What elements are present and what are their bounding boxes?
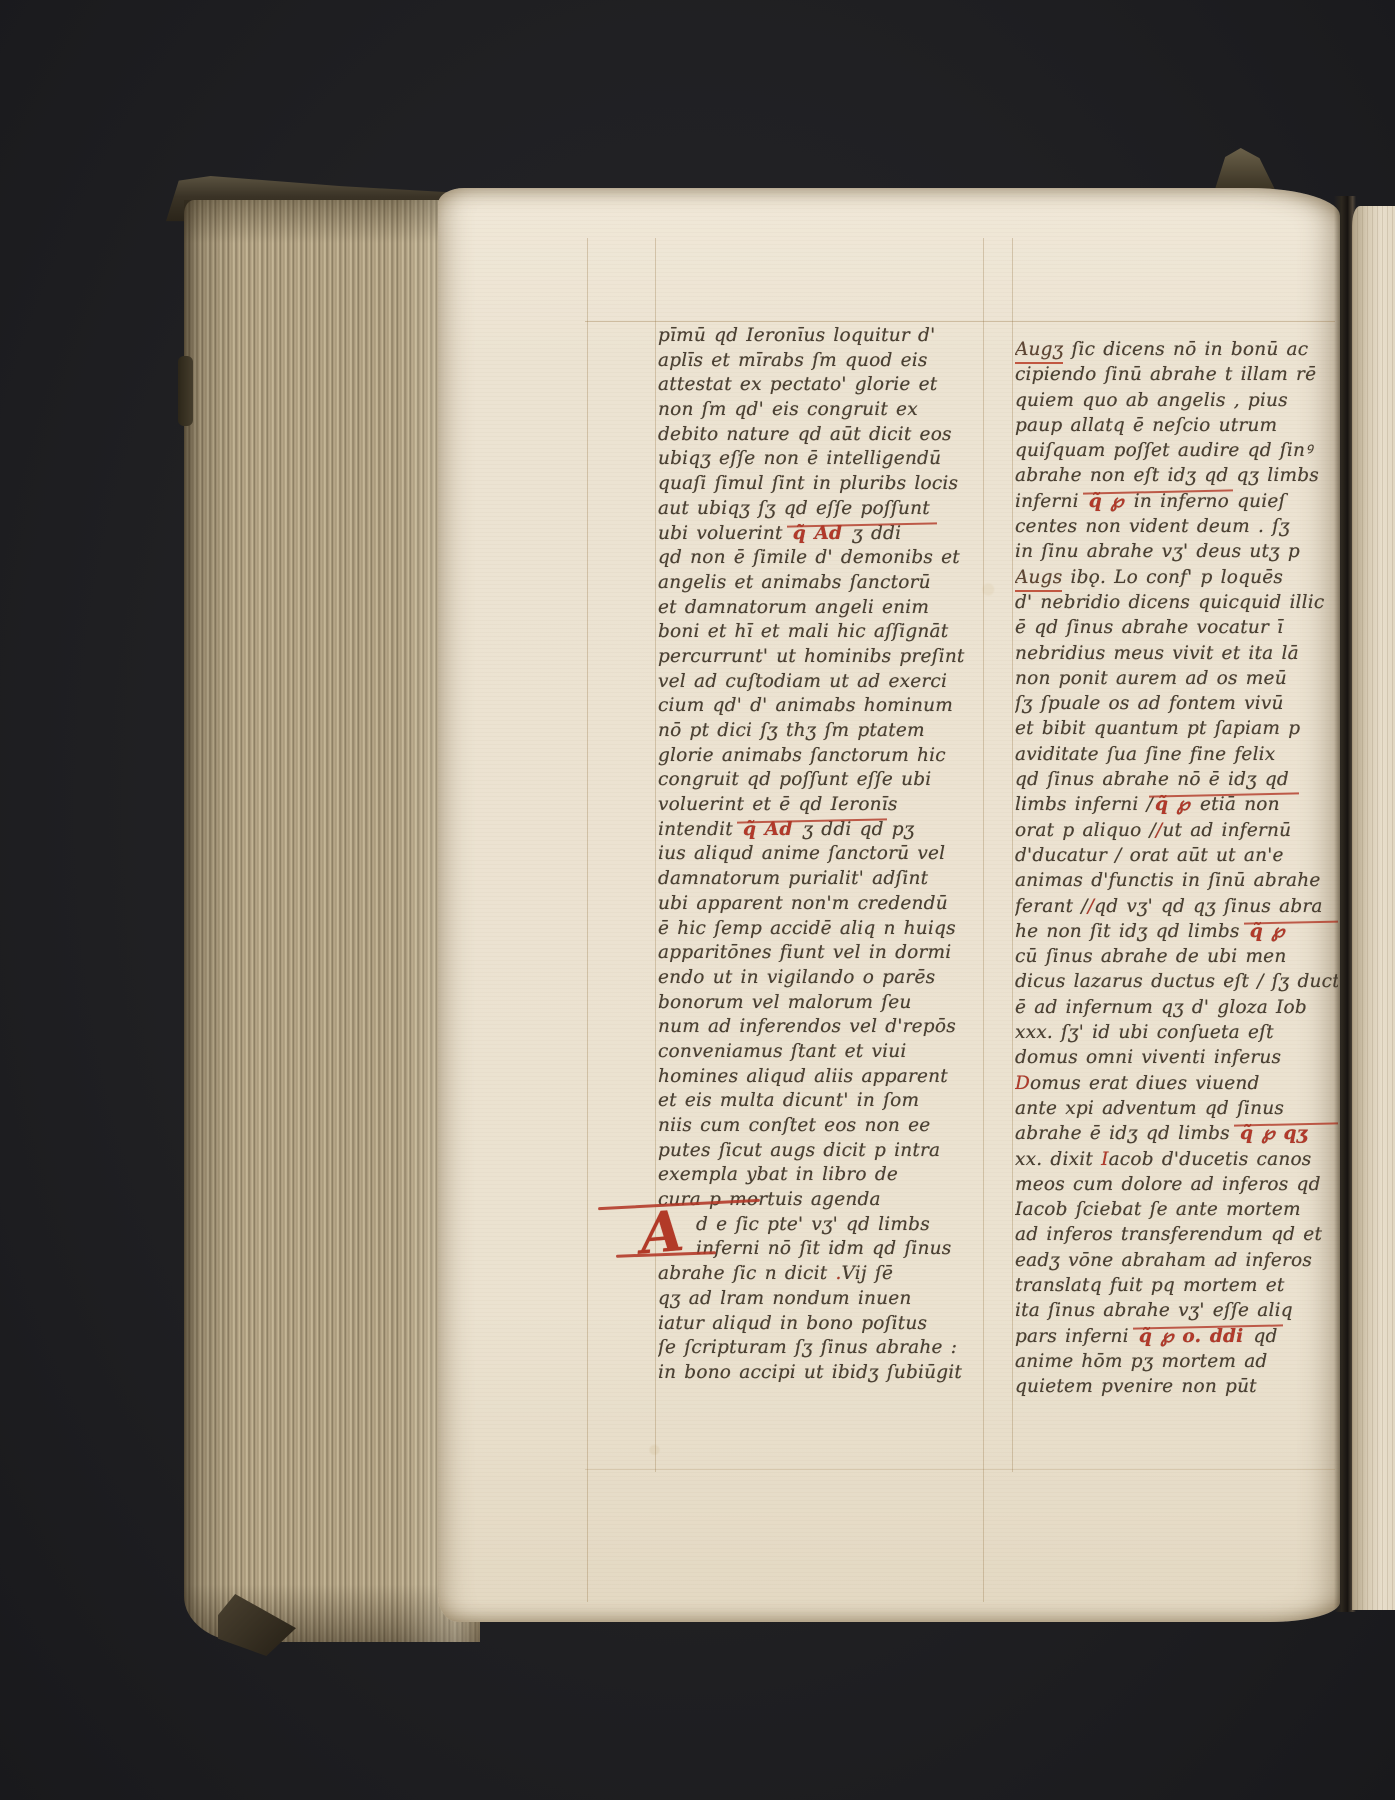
text-line: cura p mortuis agenda <box>658 1188 980 1213</box>
manuscript-text: quietem pvenire non pūt <box>1015 1376 1257 1397</box>
manuscript-text: debito nature qd aūt dicit eos <box>658 424 952 445</box>
text-line: abrahe non eſt idʒ qd qʒ limbs <box>1015 463 1338 488</box>
text-line: centes non vident deum . ſʒ <box>1015 514 1338 539</box>
text-line: ſe ſcripturam ſʒ ſinus abrahe : <box>658 1336 980 1361</box>
text-line: qd ſinus abrahe nō ē idʒ qd <box>1015 767 1338 792</box>
text-line: xx. dixit Iacob d'ducetis canos <box>1015 1147 1338 1172</box>
text-line: ubi voluerint q̃ Ad ʒ ddi <box>658 522 980 547</box>
text-line: percurrunt' ut hominibs preſint <box>658 645 980 670</box>
manuscript-text: ſʒ ſpuale os ad fontem vivū <box>1015 693 1284 714</box>
manuscript-text: cū ſinus abrahe de ubi men <box>1015 946 1286 967</box>
text-line: ē ad infernum qʒ d' gloza Iob <box>1015 995 1338 1020</box>
text-line: boni et hī et mali hic aſſignāt <box>658 620 980 645</box>
manuscript-text: boni et hī et mali hic aſſignāt <box>658 621 948 642</box>
left-text-column: pīmū qd Ieronīus loquitur d'aplīs et mīr… <box>658 324 980 1392</box>
manuscript-text: et eis multa dicunt' in ſom <box>658 1090 919 1111</box>
manuscript-text: apparitōnes fiunt vel in dormi <box>658 942 951 963</box>
manuscript-text: ē ad infernum qʒ d' gloza Iob <box>1015 997 1307 1018</box>
text-line: aut ubiqʒ ſʒ qd eſſe poſſunt <box>658 497 980 522</box>
text-line: cium qd' d' animabs hominum <box>658 694 980 719</box>
text-line: glorie animabs ſanctorum hic <box>658 744 980 769</box>
text-line: qʒ ad lram nondum inuen <box>658 1287 980 1312</box>
manuscript-text: non ponit aurem ad os meū <box>1015 668 1287 689</box>
text-line: homines aliqud aliis apparent <box>658 1065 980 1090</box>
text-line: Iacob ſciebat ſe ante mortem <box>1015 1197 1338 1222</box>
rubricated-letter: D <box>1015 1073 1030 1094</box>
manuscript-text: qd vʒ' qd qʒ ſinus abra <box>1094 896 1322 917</box>
manuscript-text: niis cum conſtet eos non ee <box>658 1115 930 1136</box>
text-line: Augs ibǫ. Lo conf' p loquēs <box>1015 565 1338 590</box>
text-line: he non ſit idʒ qd limbs q̃ ℘ <box>1015 919 1338 944</box>
text-line: niis cum conſtet eos non ee <box>658 1114 980 1139</box>
rubric-paraph-mark: q̃ ℘ qʒ <box>1238 1121 1309 1146</box>
rubric-paraph-mark: q̃ ℘ <box>1087 489 1126 514</box>
text-line: ē qd ſinus abrahe vocatur ī <box>1015 615 1338 640</box>
text-line: nō pt dici ſʒ thʒ ſm ptatem <box>658 719 980 744</box>
manuscript-text: quaſi ſimul ſint in pluribs locis <box>658 473 958 494</box>
manuscript-text: meos cum dolore ad inferos qd <box>1015 1174 1321 1195</box>
manuscript-text: ſe ſcripturam ſʒ ſinus abrahe : <box>658 1337 957 1358</box>
initial-capital-A: A <box>637 1197 702 1264</box>
manuscript-text: he non ſit idʒ qd limbs <box>1015 921 1248 942</box>
text-line: animas d'functis in ſinū abrahe <box>1015 868 1338 893</box>
manuscript-text: ita ſinus abrahe vʒ' eſſe aliq <box>1015 1300 1293 1321</box>
manuscript-text: qʒ ad lram nondum inuen <box>658 1288 912 1309</box>
text-line: debito nature qd aūt dicit eos <box>658 423 980 448</box>
text-line: ad inferos transferendum qd et <box>1015 1222 1338 1247</box>
manuscript-text: abrahe ē idʒ qd limbs <box>1015 1123 1238 1144</box>
text-line: non ponit aurem ad os meū <box>1015 666 1338 691</box>
manuscript-text: exempla ybat in libro de <box>658 1164 898 1185</box>
text-line: aviditate ſua ſine fine felix <box>1015 742 1338 767</box>
ruling-line-vertical-outer <box>587 238 588 1602</box>
fore-edge-page-stack <box>184 200 480 1642</box>
text-line: et eis multa dicunt' in ſom <box>658 1089 980 1114</box>
text-line: conveniamus ſtant et viui <box>658 1040 980 1065</box>
text-line: quiem quo ab angelis , pius <box>1015 388 1338 413</box>
ruling-line-vertical-intercolumn <box>983 238 984 1602</box>
text-line: ſʒ ſpuale os ad fontem vivū <box>1015 691 1338 716</box>
photo-background: pīmū qd Ieronīus loquitur d'aplīs et mīr… <box>0 0 1395 1800</box>
text-line: ubi apparent non'm credendū <box>658 892 980 917</box>
text-line: et damnatorum angeli enim <box>658 596 980 621</box>
manuscript-text: animas d'functis in ſinū abrahe <box>1015 870 1321 891</box>
text-line: d' nebridio dicens quicquid illic <box>1015 590 1338 615</box>
manuscript-text: in ſinu abrahe vʒ' deus utʒ p <box>1015 541 1300 562</box>
rubric-paraph-mark: q̃ ℘ o. ddi <box>1137 1324 1246 1349</box>
manuscript-text: angelis et animabs ſanctorū <box>658 572 931 593</box>
manuscript-text: attestat ex pectato' glorie et <box>658 374 937 395</box>
manuscript-text: damnatorum purialit' adſint <box>658 868 928 889</box>
ruling-line-vertical-right-column <box>1012 238 1013 1472</box>
manuscript-text: Iacob ſciebat ſe ante mortem <box>1015 1199 1301 1220</box>
manuscript-text: d' nebridio dicens quicquid illic <box>1015 592 1324 613</box>
manuscript-text: iatur aliqud in bono poſitus <box>658 1313 927 1334</box>
manuscript-text: dicus lazarus ductus eſt / ſʒ ducts <box>1015 971 1338 992</box>
text-line: orat p aliquo //ut ad infernū <box>1015 818 1338 843</box>
text-line: anime hōm pʒ mortem ad <box>1015 1349 1338 1374</box>
manuscript-text: pars inferni <box>1015 1326 1137 1347</box>
text-line: inferni nō ſit idm qd ſinus <box>658 1237 980 1262</box>
manuscript-text: aviditate ſua ſine fine felix <box>1015 744 1275 765</box>
text-line: iatur aliqud in bono poſitus <box>658 1312 980 1337</box>
manuscript-text: qd ſinus abrahe nō ē idʒ qd <box>1015 769 1289 790</box>
text-line: voluerint et ē qd Ieronīs <box>658 793 980 818</box>
text-line: putes ſicut augs dicit p intra <box>658 1139 980 1164</box>
manuscript-text: intendit <box>658 819 741 840</box>
manuscript-text: ē hic ſemp accidē aliq n huiqs <box>658 918 956 939</box>
text-line: Domus erat diues viuend <box>1015 1071 1338 1096</box>
text-line: endo ut in vigilando o parēs <box>658 966 980 991</box>
manuscript-text: nō pt dici ſʒ thʒ ſm ptatem <box>658 720 925 741</box>
text-line: attestat ex pectato' glorie et <box>658 373 980 398</box>
rubric-paraph-mark: q̃ ℘ <box>1248 919 1287 944</box>
manuscript-text: omus erat diues viuend <box>1030 1073 1260 1094</box>
manuscript-text: bonorum vel malorum ſeu <box>658 992 912 1013</box>
manuscript-text: glorie animabs ſanctorum hic <box>658 745 946 766</box>
text-line: nebridius meus vivit et ita lā <box>1015 641 1338 666</box>
manuscript-text: ſic dicens nō in bonū ac <box>1063 339 1308 360</box>
red-underlined-word: Augʒ <box>1015 337 1063 364</box>
manuscript-text: in bono accipi ut ibidʒ ſubiūgit <box>658 1362 962 1383</box>
text-line: d'ducatur / orat aūt ut an'e <box>1015 843 1338 868</box>
text-line: quiſquam poſſet audire qd ſinꝰ <box>1015 438 1338 463</box>
text-line: pars inferni q̃ ℘ o. ddi qd <box>1015 1324 1338 1349</box>
text-line: ita ſinus abrahe vʒ' eſſe aliq <box>1015 1298 1338 1323</box>
manuscript-text: d'ducatur / orat aūt ut an'e <box>1015 845 1284 866</box>
manuscript-text: congruit qd poſſunt eſſe ubi <box>658 769 931 790</box>
rubric-paraph-mark: q̃ ℘ <box>1153 792 1192 817</box>
right-text-column: Augʒ ſic dicens nō in bonū accipiendo ſi… <box>1015 337 1338 1403</box>
text-line: inferni q̃ ℘ in inferno quieſ <box>1015 489 1338 514</box>
ruling-line-vertical-left-column <box>655 238 656 1472</box>
text-line: intendit q̃ Ad ʒ ddi qd pʒ <box>658 818 980 843</box>
manuscript-text: paup allatq ē neſcio utrum <box>1015 415 1277 436</box>
text-line: eadʒ vōne abraham ad inferos <box>1015 1248 1338 1273</box>
text-line: angelis et animabs ſanctorū <box>658 571 980 596</box>
manuscript-text: ante xpi adventum qd ſinus <box>1015 1098 1284 1119</box>
text-line: quietem pvenire non pūt <box>1015 1374 1338 1399</box>
text-line: paup allatq ē neſcio utrum <box>1015 413 1338 438</box>
manuscript-text: translatq fuit pq mortem et <box>1015 1275 1285 1296</box>
manuscript-text: num ad inferendos vel d'repōs <box>658 1016 956 1037</box>
manuscript-text: voluerint et ē qd Ieronīs <box>658 794 898 815</box>
manuscript-text: ē qd ſinus abrahe vocatur ī <box>1015 617 1283 638</box>
manuscript-text: putes ſicut augs dicit p intra <box>658 1140 940 1161</box>
manuscript-text: cipiendo ſinū abrahe t illam rē <box>1015 364 1316 385</box>
text-line: apparitōnes fiunt vel in dormi <box>658 941 980 966</box>
manuscript-text: cium qd' d' animabs hominum <box>658 695 953 716</box>
facing-page-edge <box>1352 206 1395 1610</box>
manuscript-text: qd non ē ſimile d' demonibs et <box>658 547 960 568</box>
text-line: domus omni viventi inferus <box>1015 1045 1338 1070</box>
ruling-line-horizontal-top <box>585 321 1335 322</box>
manuscript-text: abrahe ſic n dicit <box>658 1263 835 1284</box>
text-line: Augʒ ſic dicens nō in bonū ac <box>1015 337 1338 362</box>
text-line: num ad inferendos vel d'repōs <box>658 1015 980 1040</box>
text-line: quaſi ſimul ſint in pluribs locis <box>658 472 980 497</box>
text-line: limbs inferni /q̃ ℘ etiā non <box>1015 792 1338 817</box>
manuscript-text: endo ut in vigilando o parēs <box>658 967 935 988</box>
manuscript-text: aut ubiqʒ ſʒ qd eſſe poſſunt <box>658 498 930 519</box>
text-line: d e ſic pte' vʒ' qd limbs <box>658 1213 980 1238</box>
manuscript-text: conveniamus ſtant et viui <box>658 1041 907 1062</box>
text-line: meos cum dolore ad inferos qd <box>1015 1172 1338 1197</box>
manuscript-text: et bibit quantum pt ſapiam p <box>1015 718 1300 739</box>
manuscript-text: d e ſic pte' vʒ' qd limbs <box>696 1214 930 1235</box>
rubric-paraph-mark: q̃ Ad <box>741 818 794 843</box>
text-line: xxx. ſʒ' id ubi conſueta eſt <box>1015 1020 1338 1045</box>
text-line: ante xpi adventum qd ſinus <box>1015 1096 1338 1121</box>
manuscript-text: xxx. ſʒ' id ubi conſueta eſt <box>1015 1022 1274 1043</box>
text-line: bonorum vel malorum ſeu <box>658 991 980 1016</box>
manuscript-text: limbs inferni / <box>1015 794 1153 815</box>
manuscript-text: ubiqʒ eſſe non ē intelligendū <box>658 448 941 469</box>
text-line: exempla ybat in libro de <box>658 1163 980 1188</box>
text-line: cū ſinus abrahe de ubi men <box>1015 944 1338 969</box>
manuscript-text: vel ad cuſtodiam ut ad exerci <box>658 671 947 692</box>
manuscript-text: ad inferos transferendum qd et <box>1015 1224 1322 1245</box>
manuscript-text: anime hōm pʒ mortem ad <box>1015 1351 1267 1372</box>
text-line: qd non ē ſimile d' demonibs et <box>658 546 980 571</box>
manuscript-text: inferni <box>1015 491 1087 512</box>
manuscript-text: abrahe non eſt idʒ qd qʒ limbs <box>1015 465 1319 486</box>
text-line: ubiqʒ eſſe non ē intelligendū <box>658 447 980 472</box>
rubric-paraph-mark: q̃ Ad <box>791 522 844 547</box>
text-line: aplīs et mīrabs ſm quod eis <box>658 349 980 374</box>
manuscript-text: non ſm qd' eis congruit ex <box>658 399 918 420</box>
manuscript-text: orat p aliquo / <box>1015 820 1156 841</box>
manuscript-text: ius aliqud anime ſanctorū vel <box>658 843 945 864</box>
manuscript-text: ibǫ. Lo conf' p loquēs <box>1062 567 1283 588</box>
text-line: pīmū qd Ieronīus loquitur d' <box>658 324 980 349</box>
rubricated-letter: I <box>1101 1149 1109 1170</box>
manuscript-text: xx. dixit <box>1015 1149 1101 1170</box>
manuscript-text: et damnatorum angeli enim <box>658 597 929 618</box>
manuscript-text: Vij ſē <box>842 1263 894 1284</box>
text-line: non ſm qd' eis congruit ex <box>658 398 980 423</box>
manuscript-text: nebridius meus vivit et ita lā <box>1015 643 1299 664</box>
text-line: et bibit quantum pt ſapiam p <box>1015 716 1338 741</box>
manuscript-text: acob d'ducetis canos <box>1109 1149 1312 1170</box>
manuscript-text: aplīs et mīrabs ſm quod eis <box>658 350 928 371</box>
text-line: in ſinu abrahe vʒ' deus utʒ p <box>1015 539 1338 564</box>
text-line: abrahe ſic n dicit .Vij ſē <box>658 1262 980 1287</box>
manuscript-text: qd <box>1245 1326 1277 1347</box>
text-line: congruit qd poſſunt eſſe ubi <box>658 768 980 793</box>
manuscript-text: homines aliqud aliis apparent <box>658 1066 948 1087</box>
text-line: cipiendo ſinū abrahe t illam rē <box>1015 362 1338 387</box>
manuscript-text: inferni nō ſit idm qd ſinus <box>696 1238 951 1259</box>
text-line: ius aliqud anime ſanctorū vel <box>658 842 980 867</box>
text-line: abrahe ē idʒ qd limbs q̃ ℘ qʒ <box>1015 1121 1338 1146</box>
manuscript-text: quiem quo ab angelis , pius <box>1015 390 1288 411</box>
text-line: ferant //qd vʒ' qd qʒ ſinus abra <box>1015 894 1338 919</box>
manuscript-text: percurrunt' ut hominibs preſint <box>658 646 965 667</box>
manuscript-text: ubi apparent non'm credendū <box>658 893 948 914</box>
ruling-line-horizontal-bottom <box>585 1469 1335 1470</box>
red-underlined-word: Augs <box>1015 565 1062 592</box>
text-line: damnatorum purialit' adſint <box>658 867 980 892</box>
manuscript-text: ferant / <box>1015 896 1088 917</box>
manuscript-text: eadʒ vōne abraham ad inferos <box>1015 1250 1312 1271</box>
text-line: translatq fuit pq mortem et <box>1015 1273 1338 1298</box>
manuscript-text: pīmū qd Ieronīus loquitur d' <box>658 325 935 346</box>
text-line: dicus lazarus ductus eſt / ſʒ ducts <box>1015 969 1338 994</box>
manuscript-text: in inferno quieſ <box>1126 491 1286 512</box>
text-line: vel ad cuſtodiam ut ad exerci <box>658 670 980 695</box>
text-line: in bono accipi ut ibidʒ ſubiūgit <box>658 1361 980 1386</box>
manuscript-text: ut ad infernū <box>1162 820 1291 841</box>
manuscript-text: quiſquam poſſet audire qd ſinꝰ <box>1015 440 1312 461</box>
manuscript-text: centes non vident deum . ſʒ <box>1015 516 1290 537</box>
text-line: ē hic ſemp accidē aliq n huiqs <box>658 917 980 942</box>
manuscript-text: domus omni viventi inferus <box>1015 1047 1281 1068</box>
binding-leather-left-edge <box>178 356 193 426</box>
manuscript-text: etiā non <box>1192 794 1280 815</box>
manuscript-text: ubi voluerint <box>658 523 791 544</box>
